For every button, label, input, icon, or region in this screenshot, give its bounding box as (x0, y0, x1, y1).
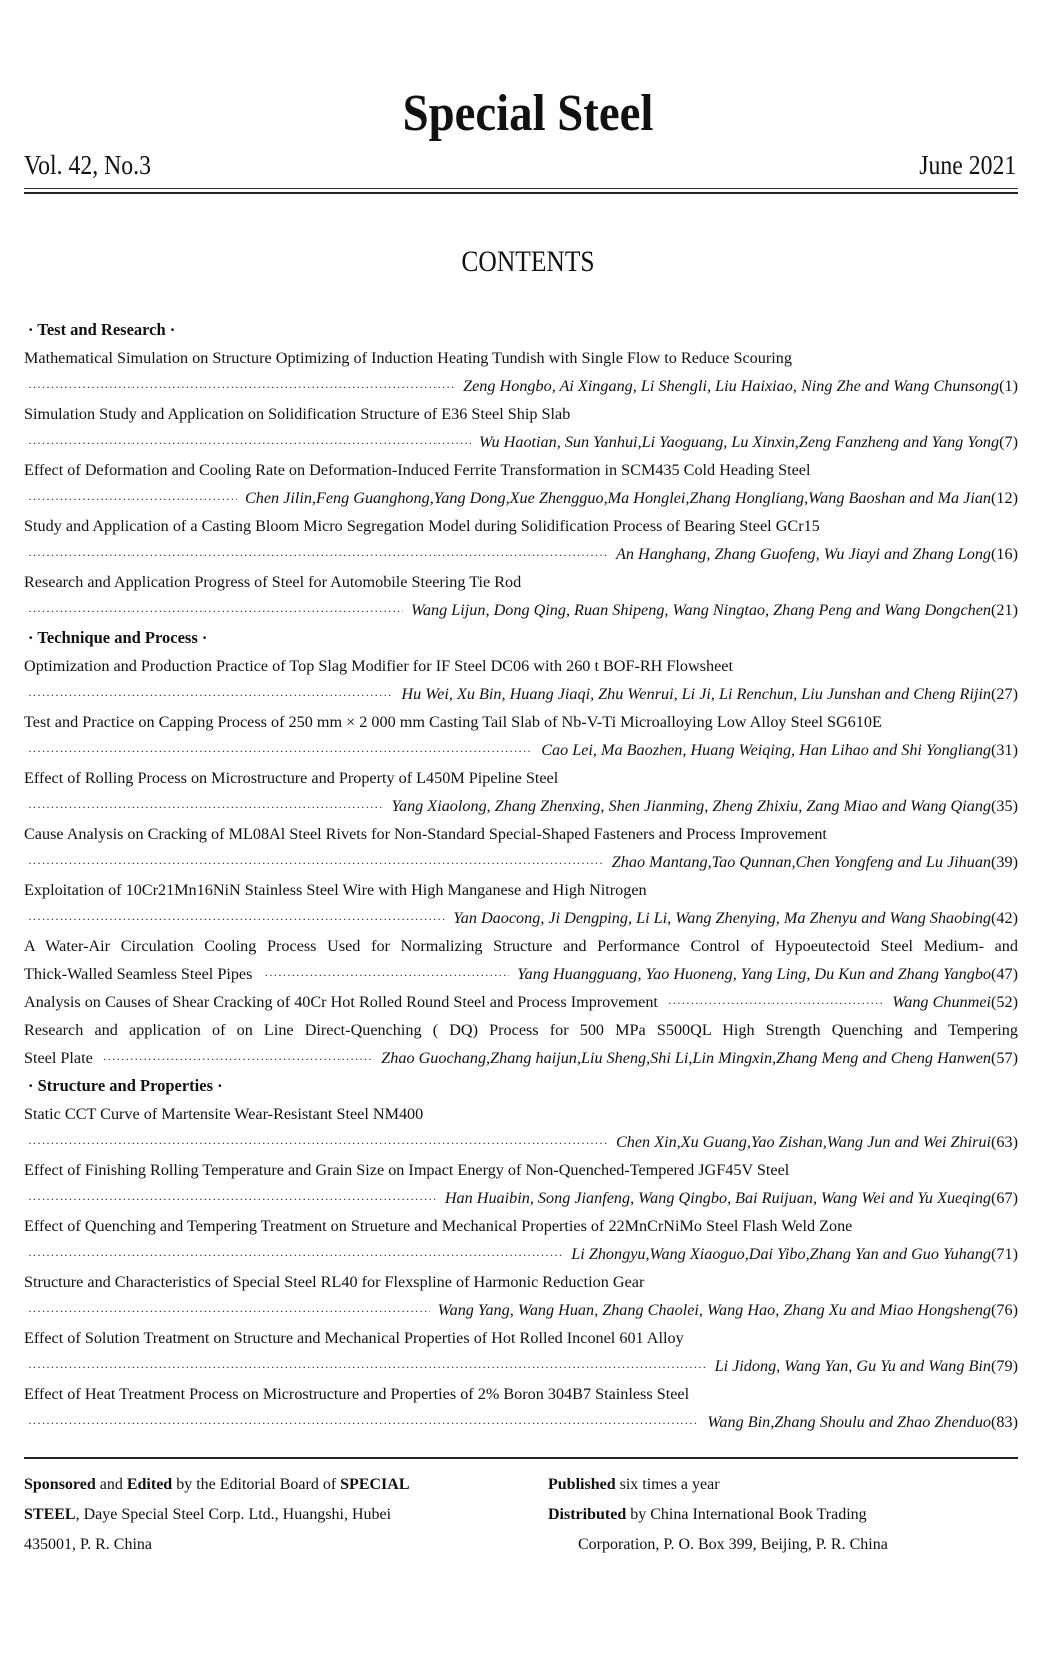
article-authors: Chen Xin,Xu Guang,Yao Zishan,Wang Jun an… (616, 1128, 991, 1156)
toc-entry[interactable]: Effect of Finishing Rolling Temperature … (24, 1156, 1018, 1212)
dot-leader (28, 737, 533, 765)
sponsored-label: Sponsored (24, 1476, 96, 1493)
article-title: Effect of Heat Treatment Process on Micr… (24, 1380, 1018, 1408)
section-heading: · Structure and Properties · (24, 1072, 1018, 1100)
dot-leader (28, 1129, 608, 1157)
dot-leader (28, 1297, 430, 1325)
header-double-rule (24, 188, 1018, 194)
article-authors: Wang Lijun, Dong Qing, Ruan Shipeng, Wan… (411, 596, 991, 624)
page-number: (21) (991, 596, 1018, 624)
article-authors: Yan Daocong, Ji Dengping, Li Li, Wang Zh… (453, 904, 991, 932)
footer-text: , Daye Special Steel Corp. Ltd., Huangsh… (76, 1506, 392, 1523)
article-title-line1: Research and application of on Line Dire… (24, 1016, 1018, 1044)
dot-leader (28, 1241, 563, 1269)
page-number: (63) (991, 1128, 1018, 1156)
publisher-info: Sponsored and Edited by the Editorial Bo… (24, 1470, 514, 1560)
toc-entry[interactable]: Analysis on Causes of Shear Cracking of … (24, 988, 1018, 1016)
article-title: Effect of Solution Treatment on Structur… (24, 1324, 1018, 1352)
toc-entry[interactable]: Static CCT Curve of Martensite Wear-Resi… (24, 1100, 1018, 1156)
dot-leader (668, 989, 884, 1017)
article-title: Structure and Characteristics of Special… (24, 1268, 1018, 1296)
page-number: (27) (991, 680, 1018, 708)
toc-entry[interactable]: Simulation Study and Application on Soli… (24, 400, 1018, 456)
toc-entry[interactable]: Optimization and Production Practice of … (24, 652, 1018, 708)
contents-heading: CONTENTS (79, 245, 977, 279)
toc-entry[interactable]: Effect of Deformation and Cooling Rate o… (24, 456, 1018, 512)
toc-entry[interactable]: Test and Practice on Capping Process of … (24, 708, 1018, 764)
distribution-info: Published six times a year Distributed b… (548, 1470, 1028, 1560)
steel-label: STEEL (24, 1506, 76, 1523)
footer-rule (24, 1457, 1018, 1459)
toc-entry[interactable]: Effect of Quenching and Tempering Treatm… (24, 1212, 1018, 1268)
dot-leader (28, 597, 403, 625)
article-authors: Yang Huangguang, Yao Huoneng, Yang Ling,… (517, 960, 991, 988)
article-title: Research and Application Progress of Ste… (24, 568, 1018, 596)
distributed-label: Distributed (548, 1506, 626, 1523)
dot-leader (28, 849, 604, 877)
table-of-contents: · Test and Research · Mathematical Simul… (24, 316, 1018, 1436)
page-number: (7) (999, 428, 1018, 456)
page-number: (67) (991, 1184, 1018, 1212)
dot-leader (264, 961, 509, 989)
toc-entry[interactable]: Research and application of on Line Dire… (24, 1016, 1018, 1072)
page-number: (16) (991, 540, 1018, 568)
published-label: Published (548, 1476, 616, 1493)
dot-leader (28, 429, 471, 457)
page-number: (76) (991, 1296, 1018, 1324)
article-authors: Li Zhongyu,Wang Xiaoguo,Dai Yibo,Zhang Y… (571, 1240, 991, 1268)
toc-entry[interactable]: Exploitation of 10Cr21Mn16NiN Stainless … (24, 876, 1018, 932)
article-authors: Yang Xiaolong, Zhang Zhenxing, Shen Jian… (391, 792, 991, 820)
special-label: SPECIAL (340, 1476, 409, 1493)
dot-leader (28, 1185, 437, 1213)
article-title: Effect of Quenching and Tempering Treatm… (24, 1212, 1018, 1240)
page-number: (57) (991, 1044, 1018, 1072)
toc-entry[interactable]: Effect of Heat Treatment Process on Micr… (24, 1380, 1018, 1436)
toc-entry[interactable]: Structure and Characteristics of Special… (24, 1268, 1018, 1324)
page-number: (52) (991, 988, 1018, 1016)
toc-entry[interactable]: Study and Application of a Casting Bloom… (24, 512, 1018, 568)
footer-text: and (96, 1476, 127, 1493)
dot-leader (28, 1353, 707, 1381)
article-authors: Wang Bin,Zhang Shoulu and Zhao Zhenduo (707, 1408, 991, 1436)
article-title-line1: A Water-Air Circulation Cooling Process … (24, 932, 1018, 960)
page-number: (47) (991, 960, 1018, 988)
article-title: Effect of Deformation and Cooling Rate o… (24, 456, 1018, 484)
volume-issue: Vol. 42, No.3 (24, 150, 151, 181)
article-title: Effect of Finishing Rolling Temperature … (24, 1156, 1018, 1184)
toc-entry[interactable]: Research and Application Progress of Ste… (24, 568, 1018, 624)
article-title: Exploitation of 10Cr21Mn16NiN Stainless … (24, 876, 1018, 904)
article-title-line2: Steel Plate (24, 1044, 93, 1072)
footer-text: by China International Book Trading (626, 1506, 866, 1523)
edited-label: Edited (127, 1476, 172, 1493)
page-number: (31) (991, 736, 1018, 764)
page-number: (83) (991, 1408, 1018, 1436)
dot-leader (103, 1045, 374, 1073)
article-authors: Han Huaibin, Song Jianfeng, Wang Qingbo,… (445, 1184, 991, 1212)
toc-entry[interactable]: A Water-Air Circulation Cooling Process … (24, 932, 1018, 988)
section-heading: · Technique and Process · (24, 624, 1018, 652)
article-authors: Wu Haotian, Sun Yanhui,Li Yaoguang, Lu X… (479, 428, 999, 456)
dot-leader (28, 681, 393, 709)
footer-text: six times a year (616, 1476, 720, 1493)
article-authors: Wang Yang, Wang Huan, Zhang Chaolei, Wan… (438, 1296, 991, 1324)
dot-leader (28, 541, 608, 569)
issue-date: June 2021 (919, 150, 1016, 181)
dot-leader (28, 905, 445, 933)
dot-leader (28, 485, 237, 513)
article-title: Cause Analysis on Cracking of ML08Al Ste… (24, 820, 1018, 848)
article-authors: Hu Wei, Xu Bin, Huang Jiaqi, Zhu Wenrui,… (401, 680, 991, 708)
section-heading: · Test and Research · (24, 316, 1018, 344)
dot-leader (28, 373, 455, 401)
page-number: (1) (999, 372, 1018, 400)
article-title: Effect of Rolling Process on Microstruct… (24, 764, 1018, 792)
toc-entry[interactable]: Effect of Rolling Process on Microstruct… (24, 764, 1018, 820)
toc-entry[interactable]: Mathematical Simulation on Structure Opt… (24, 344, 1018, 400)
dot-leader (28, 1409, 699, 1437)
article-authors: Cao Lei, Ma Baozhen, Huang Weiqing, Han … (541, 736, 991, 764)
article-title: Simulation Study and Application on Soli… (24, 400, 1018, 428)
article-authors: Zhao Guochang,Zhang haijun,Liu Sheng,Shi… (381, 1044, 991, 1072)
article-authors: Zhao Mantang,Tao Qunnan,Chen Yongfeng an… (612, 848, 991, 876)
footer-text: by the Editorial Board of (172, 1476, 340, 1493)
footer-address: 435001, P. R. China (24, 1530, 514, 1560)
article-authors: Li Jidong, Wang Yan, Gu Yu and Wang Bin (715, 1352, 991, 1380)
page-number: (35) (991, 792, 1018, 820)
page-number: (42) (991, 904, 1018, 932)
page-number: (39) (991, 848, 1018, 876)
article-authors: An Hanghang, Zhang Guofeng, Wu Jiayi and… (616, 540, 991, 568)
page-number: (12) (991, 484, 1018, 512)
toc-entry[interactable]: Cause Analysis on Cracking of ML08Al Ste… (24, 820, 1018, 876)
article-title: Static CCT Curve of Martensite Wear-Resi… (24, 1100, 1018, 1128)
distributor-address: Corporation, P. O. Box 399, Beijing, P. … (548, 1530, 1028, 1560)
article-title-line2: Thick-Walled Seamless Steel Pipes (24, 960, 252, 988)
toc-entry[interactable]: Effect of Solution Treatment on Structur… (24, 1324, 1018, 1380)
article-authors: Chen Jilin,Feng Guanghong,Yang Dong,Xue … (245, 484, 991, 512)
article-title: Mathematical Simulation on Structure Opt… (24, 344, 1018, 372)
article-title: Analysis on Causes of Shear Cracking of … (24, 988, 658, 1016)
article-authors: Zeng Hongbo, Ai Xingang, Li Shengli, Liu… (463, 372, 999, 400)
article-title: Optimization and Production Practice of … (24, 652, 1018, 680)
article-title: Study and Application of a Casting Bloom… (24, 512, 1018, 540)
article-title: Test and Practice on Capping Process of … (24, 708, 1018, 736)
page-number: (71) (991, 1240, 1018, 1268)
article-authors: Wang Chunmei (892, 988, 991, 1016)
dot-leader (28, 793, 383, 821)
journal-title: Special Steel (53, 84, 1003, 143)
page-number: (79) (991, 1352, 1018, 1380)
